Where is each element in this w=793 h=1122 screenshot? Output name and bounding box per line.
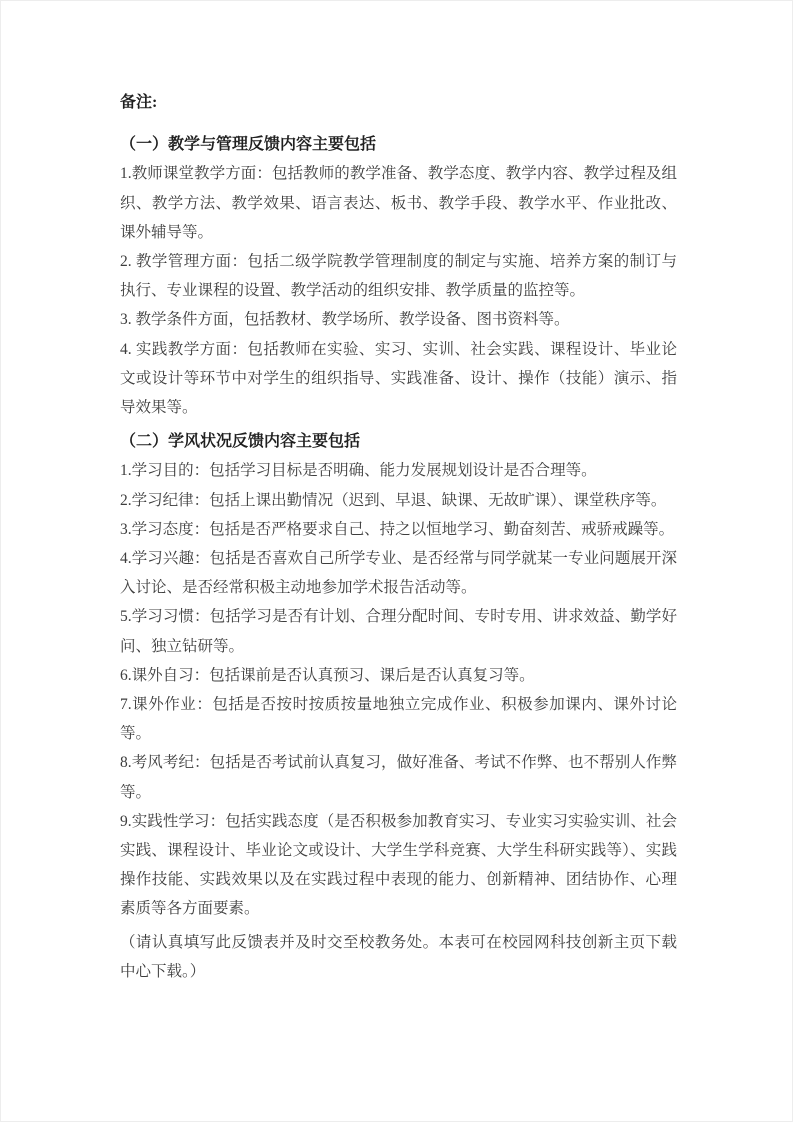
document-page: 备注: （一）教学与管理反馈内容主要包括 1.教师课堂教学方面：包括教师的教学准…	[0, 0, 793, 1122]
section-1-heading: （一）教学与管理反馈内容主要包括	[120, 130, 677, 159]
section-1-item-4: 4. 实践教学方面：包括教师在实验、实习、实训、社会实践、课程设计、毕业论文或设…	[120, 335, 677, 423]
section-2-item-8: 8.考风考纪：包括是否考试前认真复习，做好准备、考试不作弊、也不帮别人作弊等。	[120, 748, 677, 806]
section-2-item-5: 5.学习习惯：包括学习是否有计划、合理分配时间、专时专用、讲求效益、勤学好问、独…	[120, 602, 677, 660]
section-1-item-2: 2. 教学管理方面：包括二级学院教学管理制度的制定与实施、培养方案的制订与执行、…	[120, 247, 677, 305]
section-2-item-4: 4.学习兴趣：包括是否喜欢自己所学专业、是否经常与同学就某一专业问题展开深入讨论…	[120, 544, 677, 602]
section-2-item-3: 3.学习态度：包括是否严格要求自己、持之以恒地学习、勤奋刻苦、戒骄戒躁等。	[120, 515, 677, 544]
section-2-item-9: 9.实践性学习：包括实践态度（是否积极参加教育实习、专业实习实验实训、社会实践、…	[120, 807, 677, 924]
section-1-item-1: 1.教师课堂教学方面：包括教师的教学准备、教学态度、教学内容、教学过程及组织、教…	[120, 159, 677, 247]
section-1-item-3: 3. 教学条件方面，包括教材、教学场所、教学设备、图书资料等。	[120, 305, 677, 334]
notes-label: 备注:	[120, 88, 677, 117]
section-2-heading: （二）学风状况反馈内容主要包括	[120, 427, 677, 456]
document-content: 备注: （一）教学与管理反馈内容主要包括 1.教师课堂教学方面：包括教师的教学准…	[120, 88, 677, 986]
section-2-item-2: 2.学习纪律：包括上课出勤情况（迟到、早退、缺课、无故旷课）、课堂秩序等。	[120, 486, 677, 515]
section-2-item-1: 1.学习目的：包括学习目标是否明确、能力发展规划设计是否合理等。	[120, 456, 677, 485]
footer-note: （请认真填写此反馈表并及时交至校教务处。本表可在校园网科技创新主页下载中心下载。…	[120, 928, 677, 986]
section-2-item-7: 7.课外作业：包括是否按时按质按量地独立完成作业、积极参加课内、课外讨论等。	[120, 690, 677, 748]
section-2-item-6: 6.课外自习：包括课前是否认真预习、课后是否认真复习等。	[120, 661, 677, 690]
